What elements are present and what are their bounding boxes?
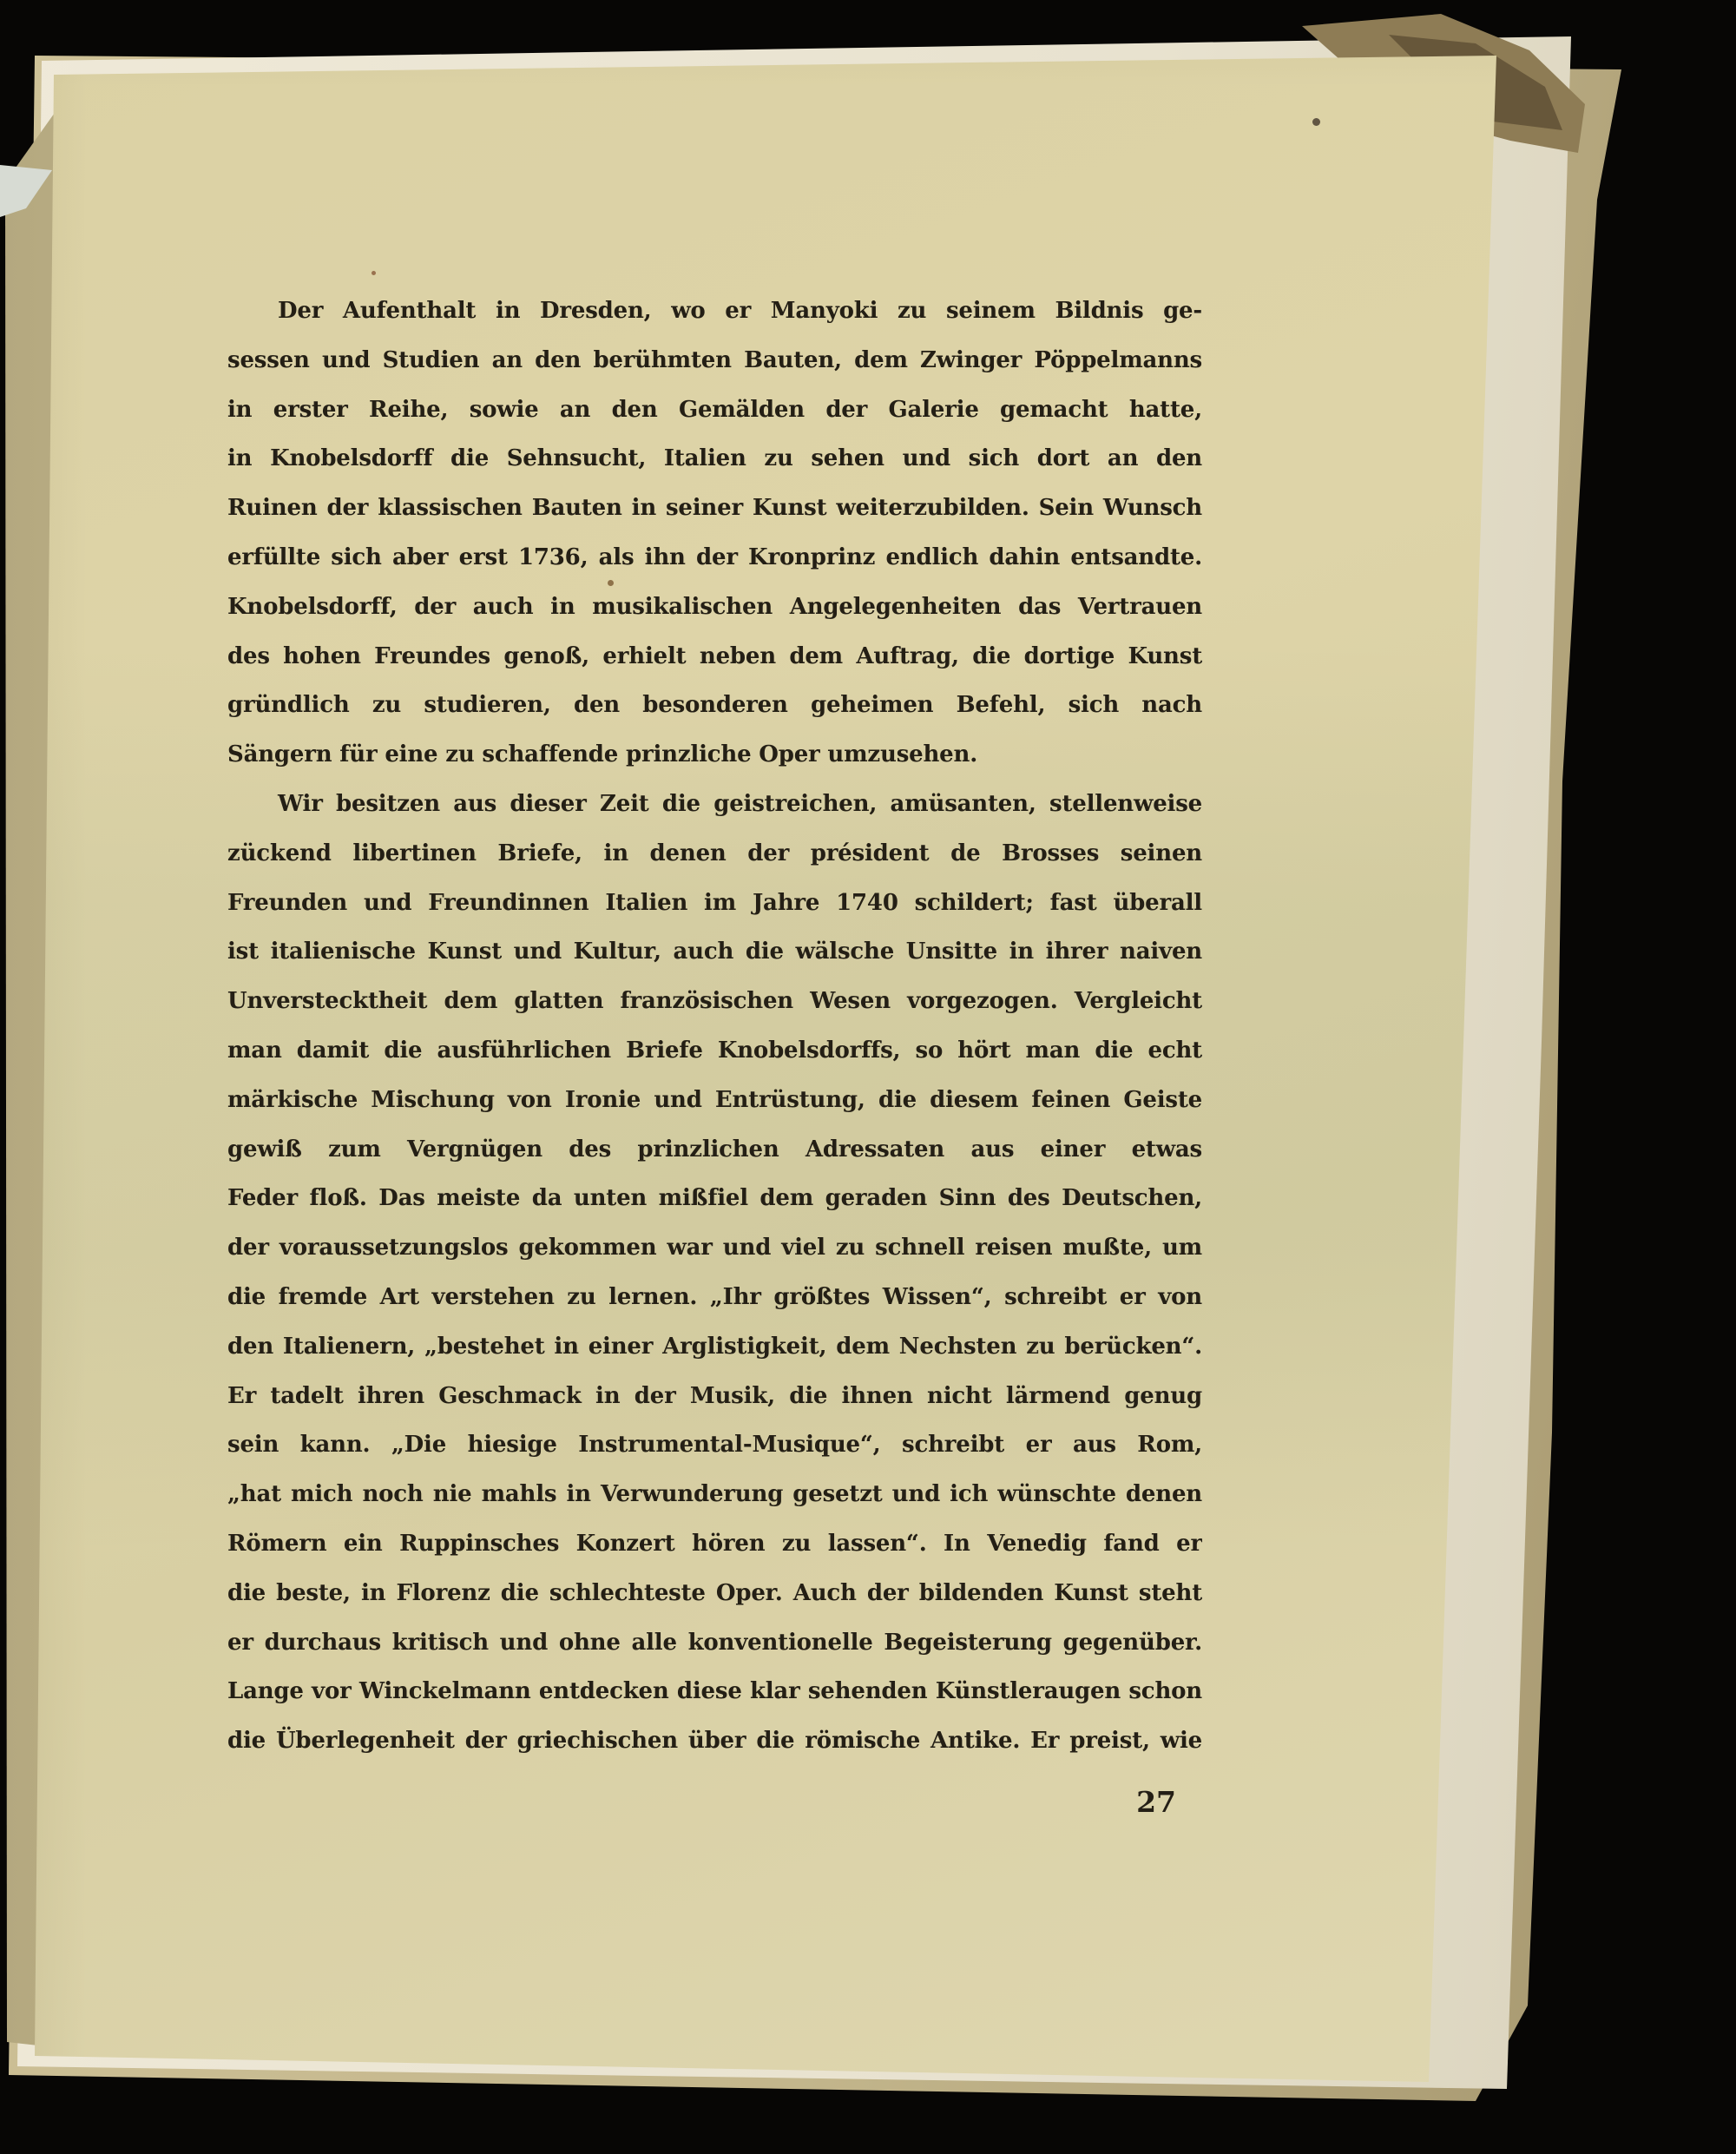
text-line: Feder floß. Das meiste da unten mißfiel … <box>227 1174 1202 1223</box>
text-line: des hohen Freundes genoß, erhielt neben … <box>227 632 1202 682</box>
text-line: in erster Reihe, sowie an den Gemälden d… <box>227 385 1202 435</box>
text-line: Wir besitzen aus dieser Zeit die geistre… <box>227 780 1202 829</box>
text-line: Er tadelt ihren Geschmack in der Musik, … <box>227 1372 1202 1421</box>
paper-speck <box>372 271 376 275</box>
text-line: die beste, in Florenz die schlechteste O… <box>227 1569 1202 1618</box>
text-line: Römern ein Ruppinsches Konzert hören zu … <box>227 1519 1202 1569</box>
text-line: man damit die ausführlichen Briefe Knobe… <box>227 1026 1202 1076</box>
text-line: die fremde Art verstehen zu lernen. „Ihr… <box>227 1273 1202 1322</box>
text-line: zückend libertinen Briefe, in denen der … <box>227 829 1202 879</box>
book-scan: Der Aufenthalt in Dresden, wo er Manyoki… <box>0 0 1736 2154</box>
text-block: Der Aufenthalt in Dresden, wo er Manyoki… <box>227 287 1202 1766</box>
text-line: Lange vor Winckelmann entdecken diese kl… <box>227 1667 1202 1716</box>
text-line: sein kann. „Die hiesige Instrumental-Mus… <box>227 1420 1202 1470</box>
text-line: der voraussetzungslos gekommen war und v… <box>227 1223 1202 1273</box>
text-line: erfüllte sich aber erst 1736, als ihn de… <box>227 533 1202 583</box>
text-line: in Knobelsdorff die Sehnsucht, Italien z… <box>227 434 1202 484</box>
text-line: gründlich zu studieren, den besonderen g… <box>227 681 1202 730</box>
text-line: Ruinen der klassischen Bauten in seiner … <box>227 484 1202 533</box>
text-line: gewiß zum Vergnügen des prinzlichen Adre… <box>227 1125 1202 1175</box>
text-line: Freunden und Freundinnen Italien im Jahr… <box>227 879 1202 928</box>
text-line: Sängern für eine zu schaffende prinzlich… <box>227 730 1202 780</box>
page-number: 27 <box>227 1782 1202 1823</box>
text-line: den Italienern, „bestehet in einer Argli… <box>227 1322 1202 1372</box>
text-line: Unverstecktheit dem glatten französische… <box>227 977 1202 1026</box>
text-line: sessen und Studien an den berühmten Baut… <box>227 336 1202 385</box>
text-line: Der Aufenthalt in Dresden, wo er Manyoki… <box>227 287 1202 336</box>
text-line: märkische Mischung von Ironie und Entrüs… <box>227 1076 1202 1125</box>
text-line: Knobelsdorff, der auch in musikalischen … <box>227 583 1202 632</box>
text-line: er durchaus kritisch und ohne alle konve… <box>227 1618 1202 1668</box>
text-line: „hat mich noch nie mahls in Verwunderung… <box>227 1470 1202 1519</box>
text-line: ist italienische Kunst und Kultur, auch … <box>227 927 1202 977</box>
text-line: die Überlegenheit der griechischen über … <box>227 1716 1202 1766</box>
paper-speck <box>1312 118 1320 126</box>
